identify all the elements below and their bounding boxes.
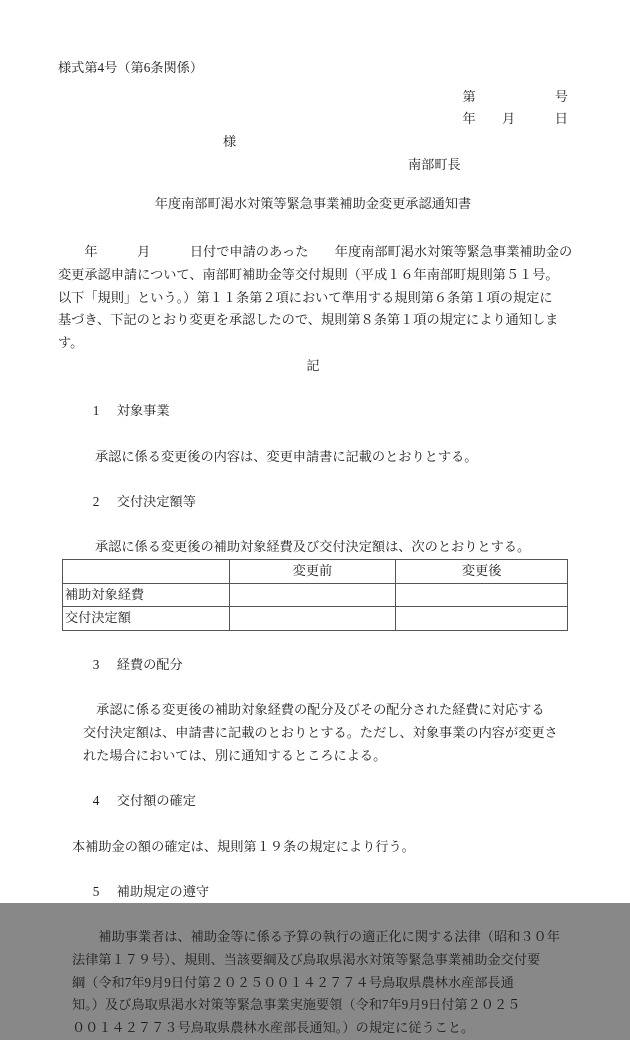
cell-grant-before [229,607,396,631]
section-body-line: 綱（令和7年9月9日付第２０２５００１４２７７４号鳥取県農林水産部長通 [58,972,568,995]
document-page: 様式第4号（第6条関係） 第 号 年 月 日 様 南部町長 年度南部町渇水対策等… [0,0,630,903]
section-body-line: 補助事業者は、補助金等に係る予算の執行の適正化に関する法律（昭和３０年 [58,926,568,949]
section-body-line: 法律第１７９号）、規則、当該要綱及び鳥取県渇水対策等緊急事業補助金交付要 [58,949,568,972]
table-header-row: 変更前 変更後 [63,560,568,584]
section-body-line: れた場合においては、別に通知するところによる。 [58,745,568,768]
section-body-line: 本補助金の額の確定は、規則第１９条の規定により行う。 [58,836,568,859]
paragraph-line: 基づき、下記のとおり変更を承認したので、規則第８条第１項の規定により通知しま [58,309,568,332]
section-heading: 3経費の配分 [58,631,568,699]
section-number: 2 [93,491,117,514]
row-label-subsidy-expense: 補助対象経費 [63,583,230,607]
section-number: 3 [93,654,117,677]
document-number-line: 第 号 [58,86,568,109]
table-header-before: 変更前 [229,560,396,584]
section-number: 1 [93,400,117,423]
section-3: 3経費の配分 承認に係る変更後の補助対象経費の配分及びその配分された経費に対応す… [58,631,568,767]
section-number: 4 [93,790,117,813]
paragraph-line: 年 月 日付で申請のあった 年度南部町渇水対策等緊急事業補助金の [58,241,568,264]
section-title: 対象事業 [117,403,170,418]
cell-grant-after [396,607,568,631]
sender-name: 南部町長 [58,154,568,177]
paragraph-line: 以下「規則」という。）第１１条第２項において準用する規則第６条第１項の規定に [58,287,568,310]
section-heading: 2交付決定額等 [58,468,568,536]
section-1: 1対象事業 承認に係る変更後の内容は、変更申請書に記載のとおりとする。 [58,377,568,468]
section-body-line: 交付決定額は、申請書に記載のとおりとする。ただし、対象事業の内容が変更さ [58,722,568,745]
section-body-line: 知。）及び鳥取県渇水対策等緊急事業実施要領（令和7年9月9日付第２０２５ [58,994,568,1017]
section-title: 交付決定額等 [117,494,196,509]
paragraph-line: す。 [58,332,568,355]
section-body-line: 承認に係る変更後の補助対象経費及び交付決定額は、次のとおりとする。 [58,536,568,559]
section-body-line: ００１４２７７３号鳥取県農林水産部長通知。）の規定に従うこと。 [58,1017,568,1040]
section-4: 4交付額の確定 本補助金の額の確定は、規則第１９条の規定により行う。 [58,767,568,858]
cell-expense-before [229,583,396,607]
change-amount-table: 変更前 変更後 補助対象経費 交付決定額 [62,559,568,631]
form-number-label: 様式第4号（第6条関係） [58,57,568,80]
table-row: 交付決定額 [63,607,568,631]
section-heading: 1対象事業 [58,377,568,445]
table-header-empty [63,560,230,584]
row-label-grant-amount: 交付決定額 [63,607,230,631]
section-title: 経費の配分 [117,657,183,672]
addressee-line: 様 [58,131,568,154]
section-body-line: 承認に係る変更後の内容は、変更申請書に記載のとおりとする。 [58,446,568,469]
cell-expense-after [396,583,568,607]
ki-heading: 記 [58,355,568,378]
paragraph-line: 変更承認申請について、南部町補助金等交付規則（平成１６年南部町規則第５１号。 [58,264,568,287]
spacer [58,177,568,193]
table-row: 補助対象経費 [63,583,568,607]
section-2: 2交付決定額等 承認に係る変更後の補助対象経費及び交付決定額は、次のとおりとする… [58,468,568,559]
section-title: 交付額の確定 [117,793,196,808]
spacer [58,215,568,241]
section-heading: 5補助規定の遵守 [58,858,568,926]
document-title: 年度南部町渇水対策等緊急事業補助金変更承認通知書 [58,193,568,216]
section-title: 補助規定の遵守 [117,884,209,899]
date-line: 年 月 日 [58,108,568,131]
table-header-after: 変更後 [396,560,568,584]
section-body-line: 承認に係る変更後の補助対象経費の配分及びその配分された経費に対応する [58,699,568,722]
section-5: 5補助規定の遵守 補助事業者は、補助金等に係る予算の執行の適正化に関する法律（昭… [58,858,568,1040]
main-paragraph: 年 月 日付で申請のあった 年度南部町渇水対策等緊急事業補助金の 変更承認申請に… [58,241,568,355]
section-number: 5 [93,881,117,904]
section-heading: 4交付額の確定 [58,767,568,835]
